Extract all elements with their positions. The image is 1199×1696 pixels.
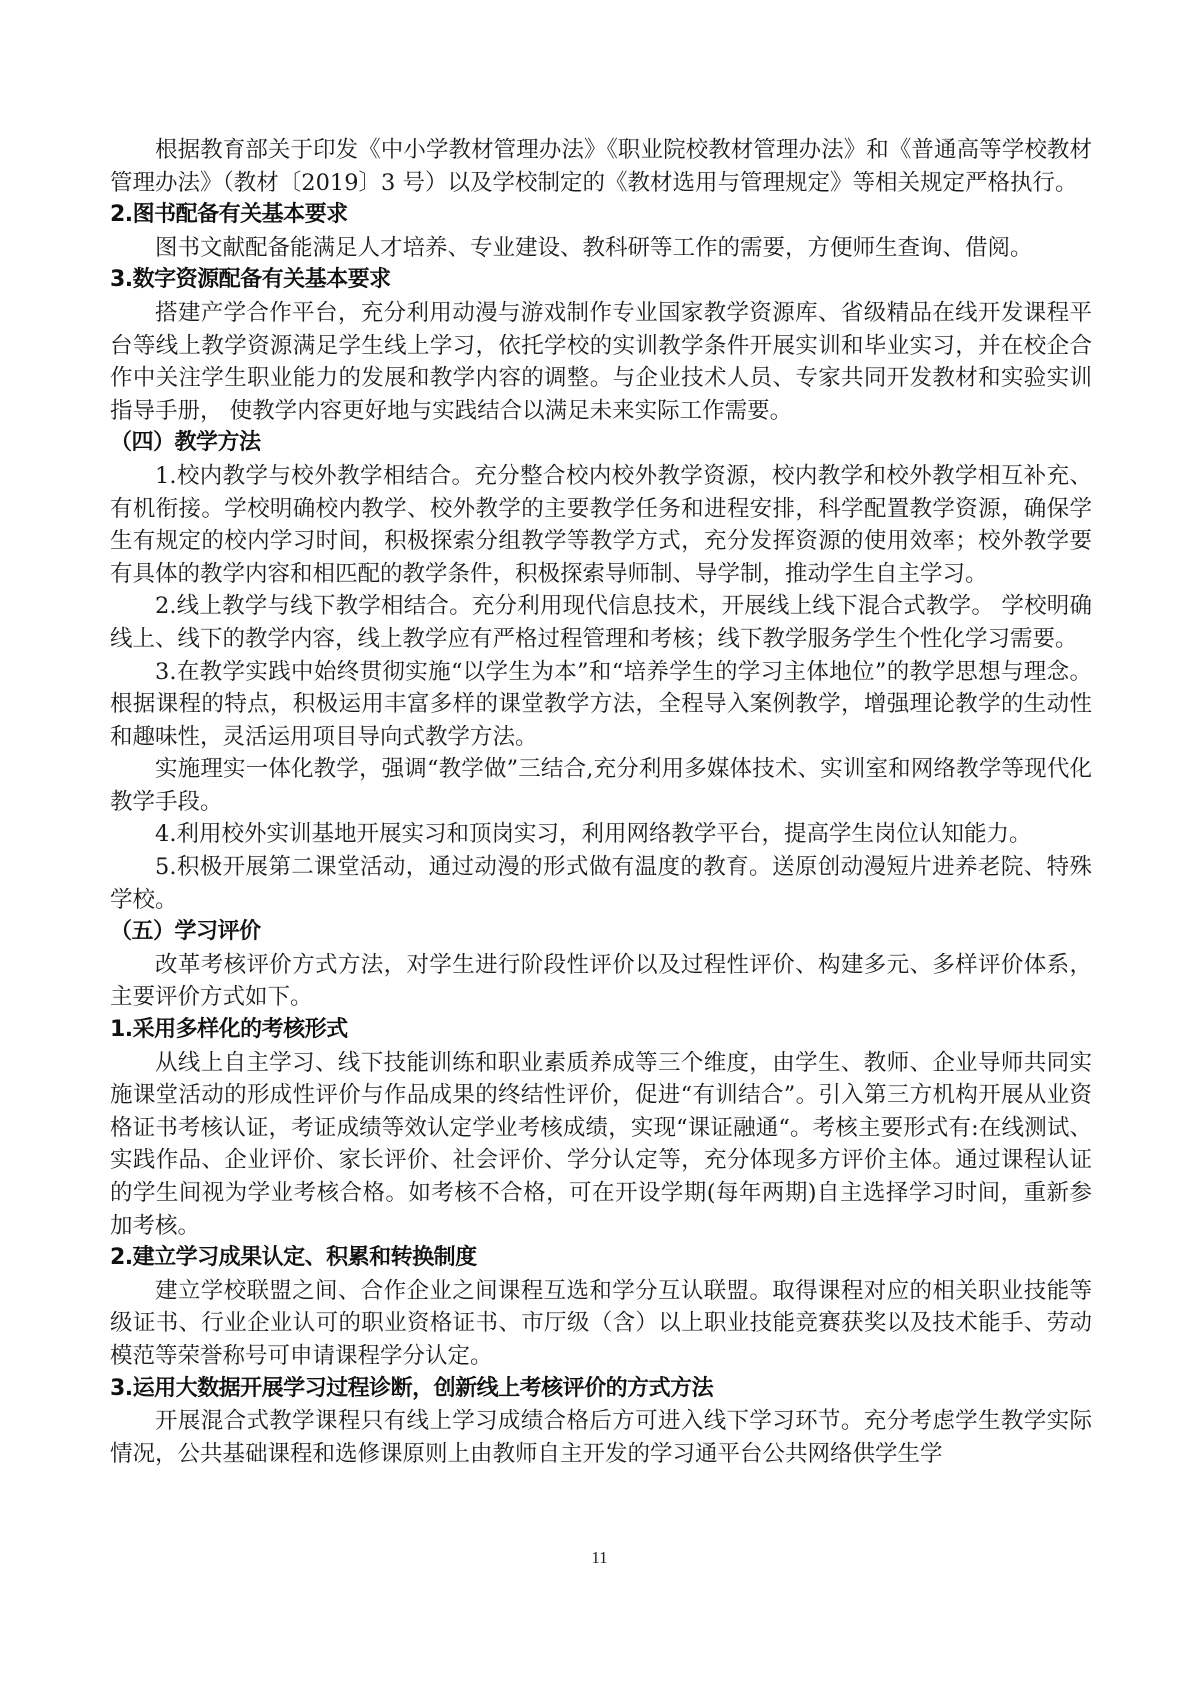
paragraph-digital-resources: 搭建产学合作平台，充分利用动漫与游戏制作专业国家教学资源库、省级精品在线开发课程… <box>110 297 1092 427</box>
paragraph-library: 图书文献配备能满足人才培养、专业建设、教科研等工作的需要，方便师生查询、借阅。 <box>110 232 1092 265</box>
paragraph-method-2: 2.线上教学与线下教学相结合。充分利用现代信息技术，开展线上线下混合式教学。 学… <box>110 590 1092 655</box>
paragraph-method-3-cont: 实施理实一体化教学，强调“教学做”三结合,充分利用多媒体技术、实训室和网络教学等… <box>110 753 1092 818</box>
paragraph-textbook-management: 根据教育部关于印发《中小学教材管理办法》《职业院校教材管理办法》和《普通高等学校… <box>110 134 1092 199</box>
paragraph-evaluation-intro: 改革考核评价方式方法，对学生进行阶段性评价以及过程性评价、构建多元、多样评价体系… <box>110 949 1092 1014</box>
heading-library-requirements: 2.图书配备有关基本要求 <box>110 199 1092 232</box>
heading-teaching-methods: （四）教学方法 <box>110 427 1092 460</box>
heading-digital-resources: 3.数字资源配备有关基本要求 <box>110 264 1092 297</box>
paragraph-method-5: 5.积极开展第二课堂活动，通过动漫的形式做有温度的教育。送原创动漫短片进养老院、… <box>110 851 1092 916</box>
paragraph-credit-recognition: 建立学校联盟之间、合作企业之间课程互选和学分互认联盟。取得课程对应的相关职业技能… <box>110 1275 1092 1373</box>
document-page: 根据教育部关于印发《中小学教材管理办法》《职业院校教材管理办法》和《普通高等学校… <box>110 134 1092 1470</box>
paragraph-method-3: 3.在教学实践中始终贯彻实施“以学生为本”和“培养学生的学习主体地位”的教学思想… <box>110 656 1092 754</box>
heading-learning-evaluation: （五）学习评价 <box>110 916 1092 949</box>
paragraph-big-data-diagnosis: 开展混合式教学课程只有线上学习成绩合格后方可进入线下学习环节。充分考虑学生教学实… <box>110 1405 1092 1470</box>
heading-big-data-diagnosis: 3.运用大数据开展学习过程诊断，创新线上考核评价的方式方法 <box>110 1373 1092 1406</box>
page-number: 11 <box>0 1548 1199 1568</box>
paragraph-method-4: 4.利用校外实训基地开展实习和顶岗实习，利用网络教学平台，提高学生岗位认知能力。 <box>110 818 1092 851</box>
heading-diverse-assessment: 1.采用多样化的考核形式 <box>110 1014 1092 1047</box>
paragraph-method-1: 1.校内教学与校外教学相结合。充分整合校内校外教学资源，校内教学和校外教学相互补… <box>110 460 1092 590</box>
paragraph-diverse-assessment: 从线上自主学习、线下技能训练和职业素质养成等三个维度，由学生、教师、企业导师共同… <box>110 1047 1092 1243</box>
heading-credit-recognition: 2.建立学习成果认定、积累和转换制度 <box>110 1242 1092 1275</box>
